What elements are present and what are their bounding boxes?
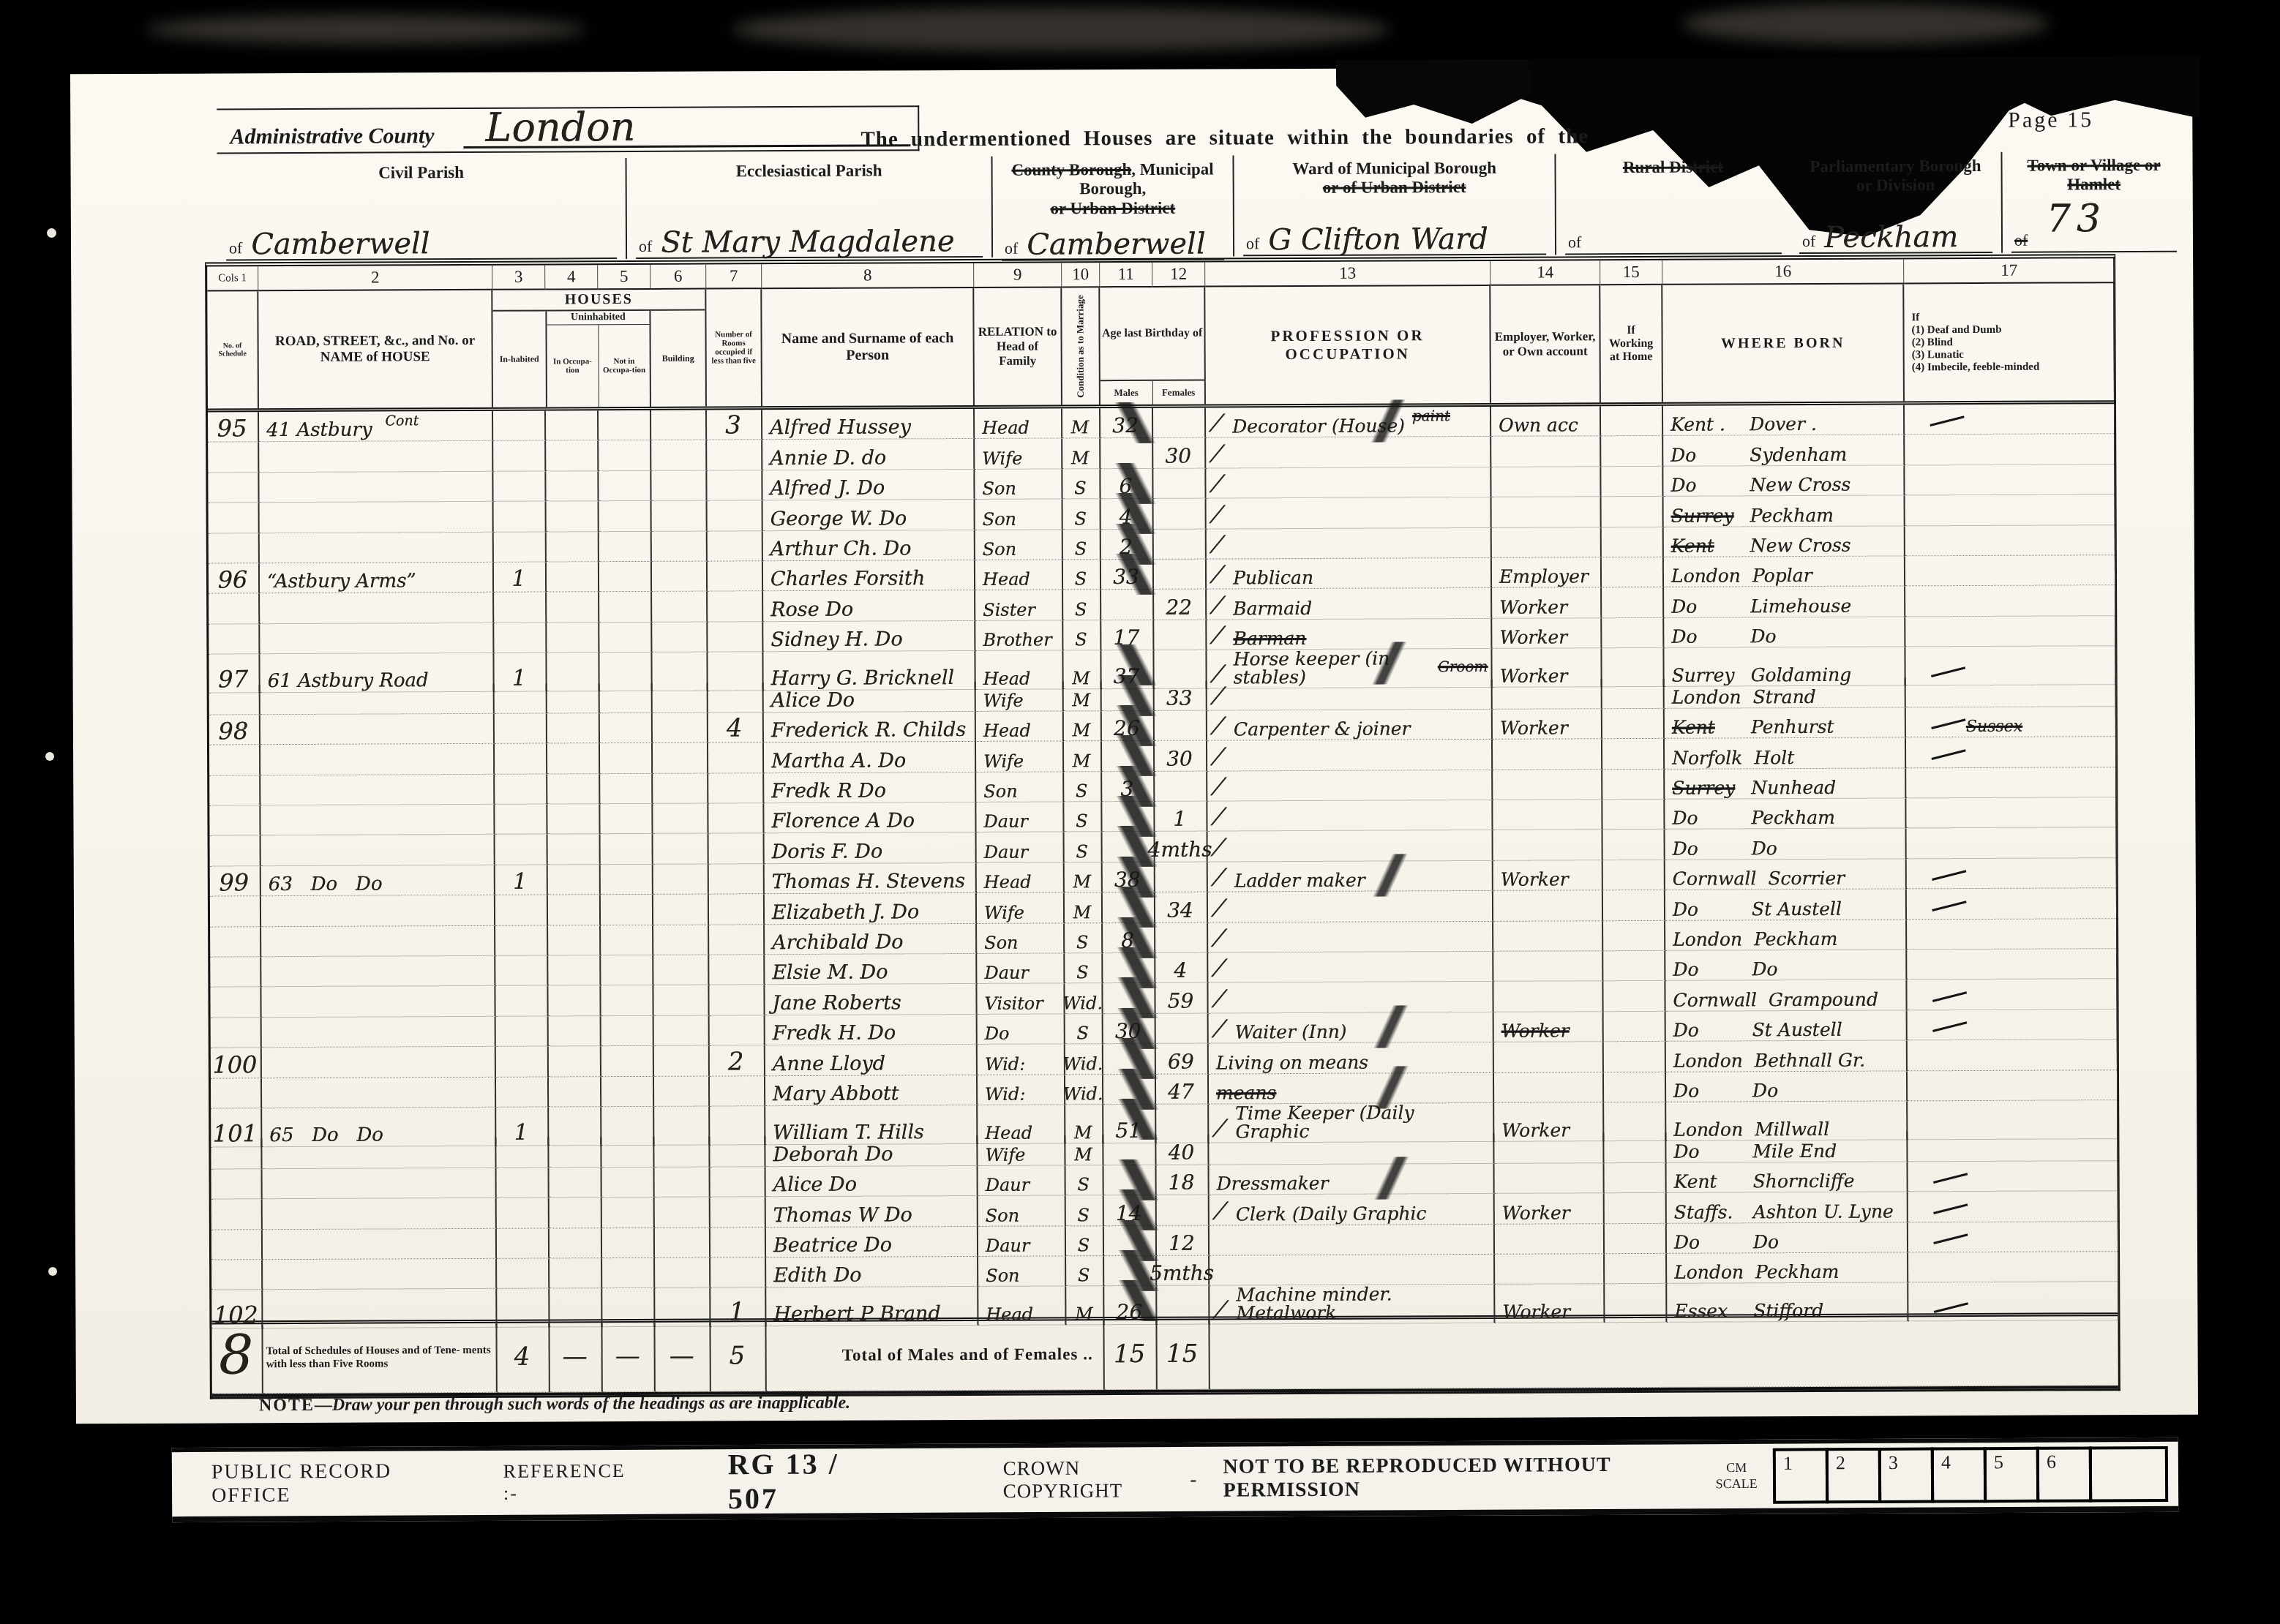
person-name: Fredk H. Do xyxy=(765,1015,978,1046)
scan-noise xyxy=(146,15,585,44)
relation-to-head: Head xyxy=(975,560,1063,590)
relation-to-head: Daur xyxy=(977,953,1065,984)
uninhabited-not-in-occupation xyxy=(601,1137,654,1168)
house-address xyxy=(261,986,495,1018)
inhabited xyxy=(493,441,546,472)
inhabited xyxy=(495,895,548,926)
box-label-part: or Urban District xyxy=(1050,199,1175,218)
age-female: 34 xyxy=(1155,892,1208,923)
house-address xyxy=(263,1259,497,1290)
torn-paper-edge xyxy=(1336,59,1530,124)
birthplace-county: Do xyxy=(1671,628,1739,646)
birthplace: LondonPoplar xyxy=(1664,556,1905,587)
marriage-condition: M xyxy=(1062,408,1100,439)
age-female xyxy=(1155,922,1208,953)
of-prefix: of xyxy=(229,238,242,257)
header-box-rural-district: Rural Districtof xyxy=(1556,153,1790,255)
box-label: Ward of Municipal Boroughor of Urban Dis… xyxy=(1243,159,1546,199)
person-name: Mary Abbott xyxy=(765,1075,978,1107)
col-header-age-group: Age last Birthday of Males Females xyxy=(1100,287,1206,405)
relation-to-head: Wife xyxy=(975,439,1062,470)
house-address xyxy=(263,1289,497,1328)
building xyxy=(653,834,709,865)
inhabited xyxy=(494,502,547,533)
relation-to-head: Brother xyxy=(975,620,1063,651)
marriage-condition: S xyxy=(1064,772,1102,802)
age-male xyxy=(1100,438,1153,469)
marriage-condition: M xyxy=(1066,1287,1104,1326)
inhabited xyxy=(496,1077,549,1108)
uninhabited-in-occupation xyxy=(548,835,601,865)
age-female: 30 xyxy=(1155,741,1207,772)
house-address xyxy=(263,1168,497,1200)
birthplace: DoLimehouse xyxy=(1664,587,1905,618)
tally-mark: / xyxy=(1211,804,1226,830)
infirmity xyxy=(1905,555,2116,587)
tally-mark: / xyxy=(1210,501,1225,527)
column-number: 5 xyxy=(598,265,650,290)
infirmity xyxy=(1906,797,2117,829)
box-value: ofG Clifton Ward xyxy=(1243,213,1546,257)
occupation xyxy=(1210,1255,1495,1286)
working-at-home xyxy=(1603,860,1665,891)
employment-status xyxy=(1493,770,1602,800)
inhabited xyxy=(495,805,547,835)
employment-status: Worker xyxy=(1493,709,1602,740)
schedule-number xyxy=(208,473,259,503)
rooms-occupied: 3 xyxy=(707,410,762,440)
age-male xyxy=(1101,590,1154,620)
relation-to-head: Daur xyxy=(976,802,1064,832)
uninhabited-not-in-occupation xyxy=(601,925,653,956)
inhabited xyxy=(493,471,546,502)
rooms-occupied xyxy=(708,500,763,531)
person-name: Alice Do xyxy=(766,1166,978,1198)
uninhabited-not-in-occupation xyxy=(601,1016,654,1047)
census-page: Page 15 73 Administrative County London … xyxy=(70,65,2198,1424)
age-header-males: Males xyxy=(1100,381,1153,405)
tick-mark xyxy=(1931,749,1965,760)
building xyxy=(651,410,707,441)
marriage-condition: S xyxy=(1066,1165,1104,1196)
age-female: 22 xyxy=(1154,590,1207,620)
inhabited xyxy=(495,774,547,805)
person-name: Fredk R Do xyxy=(764,772,976,804)
marriage-condition: M xyxy=(1065,1135,1103,1166)
building xyxy=(653,713,708,743)
person-name: Doris F. Do xyxy=(765,832,977,864)
uninhabited-not-in-occupation xyxy=(602,1288,655,1327)
schedule-number: 96 xyxy=(209,563,260,594)
house-address xyxy=(261,956,495,988)
birthplace: KentPenhurst xyxy=(1665,707,1906,739)
uninhabited-not-in-occupation xyxy=(602,1228,655,1258)
relation-to-head: Daur xyxy=(977,832,1065,863)
col-header-rooms: Number of Rooms occupied if less than fi… xyxy=(706,289,762,406)
building xyxy=(653,683,708,713)
person-name: Thomas W Do xyxy=(766,1196,978,1228)
person-name: Martha A. Do xyxy=(764,742,976,773)
building xyxy=(653,743,708,774)
birthplace-place: Penhurst xyxy=(1751,718,1834,736)
occupation: / xyxy=(1208,830,1493,862)
uninhabited-in-occupation xyxy=(547,623,599,653)
marriage-condition: S xyxy=(1066,1195,1104,1226)
tally-mark: / xyxy=(1212,925,1227,950)
totals-label: Total of Schedules of Houses and of Tene… xyxy=(263,1323,497,1394)
working-at-home xyxy=(1604,1132,1666,1163)
schedule-number: 102 xyxy=(211,1290,263,1329)
tick-mark xyxy=(1930,416,1964,427)
employment-status: Worker xyxy=(1495,1193,1605,1224)
marriage-condition: M xyxy=(1065,892,1103,923)
birthplace-place: Dover . xyxy=(1750,415,1817,433)
rooms-occupied xyxy=(708,773,764,804)
infirmity: Sussex xyxy=(1906,707,2117,738)
rooms-occupied xyxy=(710,1258,766,1288)
age-male: 30 xyxy=(1103,1014,1156,1045)
column-number: 14 xyxy=(1490,260,1600,286)
infirmity xyxy=(1907,828,2118,860)
birthplace-place: Bethnall Gr. xyxy=(1755,1050,1865,1069)
col-header-schedule: No. of Schedule xyxy=(207,291,259,408)
scale-cell-empty xyxy=(2089,1446,2168,1503)
building xyxy=(654,1046,710,1077)
house-address xyxy=(260,775,495,806)
birthplace: Kent .Dover . xyxy=(1663,405,1905,436)
birthplace-place: Limehouse xyxy=(1750,596,1851,615)
age-female: 1 xyxy=(1155,802,1207,832)
age-female: 47 xyxy=(1156,1074,1209,1105)
relation-to-head: Wid: xyxy=(978,1075,1065,1105)
employment-status: Own acc xyxy=(1491,406,1601,437)
person-name: Deborah Do xyxy=(765,1135,978,1167)
birthplace-county: Do xyxy=(1672,809,1739,827)
column-number: 8 xyxy=(762,263,974,289)
building xyxy=(653,955,709,986)
age-female: 4mths xyxy=(1155,832,1208,862)
col-header-profession: PROFESSION OR OCCUPATION xyxy=(1205,286,1491,405)
birthplace-county: London xyxy=(1672,688,1741,706)
tick-mark xyxy=(1933,1203,1968,1214)
col-header-building: Building xyxy=(650,311,705,407)
marriage-condition: M xyxy=(1065,862,1103,893)
age-male: 2 xyxy=(1101,529,1154,560)
house-address xyxy=(263,1228,497,1260)
situate-statement: The undermentioned Houses are situate wi… xyxy=(860,124,1589,151)
relation-to-head: Head xyxy=(975,408,1062,439)
scale-cell: 1 xyxy=(1773,1448,1829,1503)
relation-to-head: Head xyxy=(976,711,1064,742)
relation-to-head: Visitor xyxy=(977,984,1065,1015)
uninhabited-not-in-occupation xyxy=(601,865,653,895)
scale-cell: 2 xyxy=(1826,1448,1881,1503)
working-at-home xyxy=(1605,1193,1667,1224)
uninhabited-in-occupation xyxy=(550,1228,602,1259)
rooms-occupied xyxy=(707,470,762,501)
col-header-in-occupation: In Occupa-tion xyxy=(547,325,599,407)
birthplace: EssexStifford xyxy=(1667,1283,1908,1323)
box-value: ofCamberwell xyxy=(226,217,617,260)
age-male: 38 xyxy=(1103,862,1155,893)
birthplace-county: Cornwall xyxy=(1673,870,1757,888)
header-box-ecclesiastical-parish: Ecclesiastical ParishofSt Mary Magdalene xyxy=(626,157,993,259)
schedule-number xyxy=(209,533,260,564)
infirmity xyxy=(1908,1222,2119,1253)
age-female: 40 xyxy=(1156,1135,1209,1165)
relation-to-head: Sister xyxy=(975,590,1063,621)
schedule-number xyxy=(211,1260,263,1290)
rooms-occupied xyxy=(709,955,765,985)
birthplace-place: Nunhead xyxy=(1751,778,1836,797)
schedule-number xyxy=(210,957,261,988)
box-label-part: Ecclesiastical Parish xyxy=(736,161,882,180)
building xyxy=(652,622,708,653)
totals-males: 15 xyxy=(1104,1320,1157,1390)
uninhabited-not-in-occupation xyxy=(602,1198,655,1228)
employment-status xyxy=(1493,679,1602,710)
column-number: 3 xyxy=(492,266,545,290)
working-at-home xyxy=(1602,709,1665,740)
col-header-infirmity: If (1) Deaf and Dumb (2) Blind (3) Lunat… xyxy=(1904,283,2115,401)
box-value: ofCamberwell xyxy=(1002,218,1224,261)
page-number-label: Page 15 xyxy=(2008,108,2093,133)
of-prefix: of xyxy=(1005,239,1018,258)
column-number: 10 xyxy=(1062,263,1100,287)
schedule-number: 98 xyxy=(209,715,260,745)
birthplace: LondonStrand xyxy=(1665,677,1906,709)
age-male xyxy=(1103,1135,1156,1165)
birthplace-place: Holt xyxy=(1754,748,1794,767)
birthplace-county: Do xyxy=(1671,597,1739,615)
inhabited xyxy=(496,1047,549,1078)
relation-to-head: Wife xyxy=(976,742,1064,772)
infirmity xyxy=(1905,435,2115,466)
schedule-number xyxy=(209,775,260,806)
col-header-houses-group: HOUSES In-habited Uninhabited In Occupa-… xyxy=(492,290,707,407)
house-address xyxy=(262,1047,496,1078)
column-number: 11 xyxy=(1100,263,1152,287)
building xyxy=(655,1288,710,1327)
working-at-home xyxy=(1602,587,1664,618)
reference-number: RG 13 / 507 xyxy=(727,1446,863,1516)
tally-mark: / xyxy=(1211,834,1226,860)
age-female xyxy=(1154,620,1207,650)
working-at-home xyxy=(1602,739,1665,770)
uninhabited-not-in-occupation xyxy=(600,774,653,805)
birthplace-county: Staffs. xyxy=(1674,1203,1741,1221)
marriage-condition: Wid. xyxy=(1065,1075,1103,1105)
birthplace: LondonPeckham xyxy=(1665,920,1907,951)
house-address xyxy=(260,805,495,836)
uninhabited-in-occupation xyxy=(548,895,601,925)
birthplace-county: Do xyxy=(1673,961,1740,979)
schedule-number xyxy=(211,1018,262,1048)
rooms-occupied xyxy=(710,1015,765,1046)
employment-status: Employer xyxy=(1492,557,1602,588)
working-at-home xyxy=(1604,1042,1666,1072)
footnote-text: —Draw your pen through such words of the… xyxy=(315,1394,850,1415)
uninhabited-not-in-occupation xyxy=(602,1258,655,1289)
age-male xyxy=(1102,680,1155,711)
infirmity xyxy=(1907,919,2118,950)
uninhabited-not-in-occupation xyxy=(601,1076,654,1107)
census-table: Cols 1234567891011121314151617 No. of Sc… xyxy=(205,254,2120,1399)
infirmity xyxy=(1907,858,2118,890)
occupation: Living on means xyxy=(1209,1042,1494,1074)
inhabited xyxy=(494,532,547,563)
occupation: /Decorator (House)paint xyxy=(1206,407,1491,438)
house-address xyxy=(260,714,495,745)
building xyxy=(653,773,708,804)
uninhabited-in-occupation xyxy=(546,471,599,502)
uninhabited-in-occupation xyxy=(547,743,600,774)
scale-cell: 6 xyxy=(2036,1446,2092,1502)
totals-houses-building: — xyxy=(655,1322,710,1391)
age-female xyxy=(1157,1286,1210,1325)
rooms-occupied xyxy=(708,531,763,562)
col-header-road: ROAD, STREET, &c., and No. or NAME of HO… xyxy=(258,290,493,408)
inhabited xyxy=(497,1289,550,1328)
totals-value: — xyxy=(563,1344,588,1369)
birthplace-county: London xyxy=(1674,1263,1744,1282)
tally-mark: / xyxy=(1212,955,1227,981)
relation-to-head: Wid: xyxy=(978,1045,1065,1075)
occupation-struck-note: paint xyxy=(1412,407,1450,425)
age-male: 3 xyxy=(1102,772,1155,802)
working-at-home xyxy=(1601,436,1663,467)
marriage-condition: S xyxy=(1065,1014,1103,1045)
box-value: of xyxy=(1565,211,1782,255)
age-male: 6 xyxy=(1100,469,1153,500)
rooms-occupied xyxy=(710,1137,765,1168)
schedule-number xyxy=(211,1169,263,1200)
relation-to-head: Daur xyxy=(978,1226,1066,1257)
birthplace-county: Do xyxy=(1670,476,1738,495)
rooms-occupied xyxy=(707,440,762,471)
tick-mark xyxy=(1932,901,1966,911)
working-at-home xyxy=(1604,1072,1666,1102)
house-address xyxy=(262,1077,496,1108)
working-at-home xyxy=(1603,951,1665,982)
schedule-number xyxy=(210,927,261,958)
inhabited xyxy=(496,1016,549,1047)
column-number: 4 xyxy=(545,265,598,290)
col-header-relation: RELATION to Head of Family xyxy=(974,287,1062,405)
marriage-condition: S xyxy=(1063,499,1101,530)
inhabited xyxy=(495,956,548,987)
column-number: 17 xyxy=(1904,258,2115,284)
box-value-text: St Mary Magdalene xyxy=(661,228,954,256)
totals-males-value: 15 xyxy=(1114,1342,1145,1367)
marriage-condition: S xyxy=(1065,832,1103,863)
infirmity xyxy=(1908,1131,2118,1162)
birthplace-place: Peckham xyxy=(1750,505,1834,524)
uninhabited-in-occupation xyxy=(549,1138,601,1168)
birthplace: KentShorncliffe xyxy=(1667,1162,1908,1193)
uninhabited-in-occupation xyxy=(547,774,600,805)
house-address xyxy=(260,744,495,775)
separator-dash: - xyxy=(1190,1467,1196,1490)
rooms-occupied xyxy=(709,925,765,955)
marriage-condition: S xyxy=(1066,1256,1104,1287)
schedule-number xyxy=(209,685,260,715)
box-value: of xyxy=(2011,210,2177,253)
employment-status xyxy=(1495,1224,1605,1255)
column-number: 7 xyxy=(706,264,762,289)
rooms-occupied xyxy=(708,561,763,592)
occupation: Dressmaker xyxy=(1210,1164,1495,1195)
uninhabited-not-in-occupation xyxy=(602,1168,655,1198)
rooms-occupied: 2 xyxy=(710,1045,765,1076)
uninhabited-not-in-occupation xyxy=(599,592,652,623)
marriage-condition: M xyxy=(1062,439,1100,470)
column-number: 16 xyxy=(1662,259,1904,285)
uninhabited-not-in-occupation xyxy=(600,683,653,713)
rooms-occupied xyxy=(709,864,765,895)
rooms-occupied xyxy=(708,622,763,653)
administrative-county-box: Administrative County London xyxy=(217,105,919,154)
inhabited xyxy=(495,683,547,714)
scan-noise xyxy=(1683,4,2049,44)
birthplace: DoPeckham xyxy=(1665,798,1906,830)
birthplace-county: London xyxy=(1673,1051,1743,1069)
building xyxy=(653,985,709,1016)
employment-status: Worker xyxy=(1495,1285,1605,1324)
col-header-employer: Employer, Worker, or Own account xyxy=(1490,285,1601,403)
occupation: means xyxy=(1209,1072,1494,1104)
header-box-county-borough: County Borough, MunicipalBorough, or Urb… xyxy=(992,155,1234,257)
age-male xyxy=(1102,741,1155,772)
infirmity xyxy=(1906,737,2117,768)
age-female xyxy=(1154,529,1207,560)
uninhabited-in-occupation xyxy=(549,1077,601,1108)
birthplace-place: Do xyxy=(1752,839,1777,857)
occupation: / xyxy=(1208,952,1493,983)
age-female xyxy=(1153,468,1206,499)
occupation: /Ladder maker xyxy=(1208,861,1493,892)
column-number: 12 xyxy=(1152,263,1205,287)
rooms-occupied: 4 xyxy=(708,713,764,743)
tally-mark: / xyxy=(1210,713,1226,739)
uninhabited-not-in-occupation xyxy=(599,440,651,471)
building xyxy=(654,1015,710,1046)
house-address xyxy=(261,835,495,866)
employment-status xyxy=(1493,740,1602,770)
box-label-part: Civil Parish xyxy=(378,163,464,182)
infirmity xyxy=(1908,1070,2118,1102)
totals-value: — xyxy=(670,1343,694,1368)
age-male: 33 xyxy=(1101,560,1154,590)
schedule-number xyxy=(211,1139,262,1170)
uninhabited-in-occupation xyxy=(547,532,599,563)
tally-mark: / xyxy=(1210,683,1226,708)
employment-status xyxy=(1493,921,1603,952)
working-at-home xyxy=(1602,678,1665,709)
person-name: Herbert P Brand xyxy=(766,1287,978,1326)
uninhabited-not-in-occupation xyxy=(601,834,653,865)
building xyxy=(653,804,708,835)
birthplace-place: Peckham xyxy=(1755,1263,1839,1281)
birthplace-county: Surrey xyxy=(1671,506,1739,525)
age-female: 4 xyxy=(1155,953,1208,984)
age-male xyxy=(1104,1165,1157,1196)
tally-mark: / xyxy=(1210,743,1226,769)
col-header-not-in-occupation: Not in Occupa-tion xyxy=(599,325,650,407)
building xyxy=(655,1228,710,1258)
birthplace: KentNew Cross xyxy=(1664,526,1905,557)
box-label-part: Borough, xyxy=(1002,179,1224,200)
